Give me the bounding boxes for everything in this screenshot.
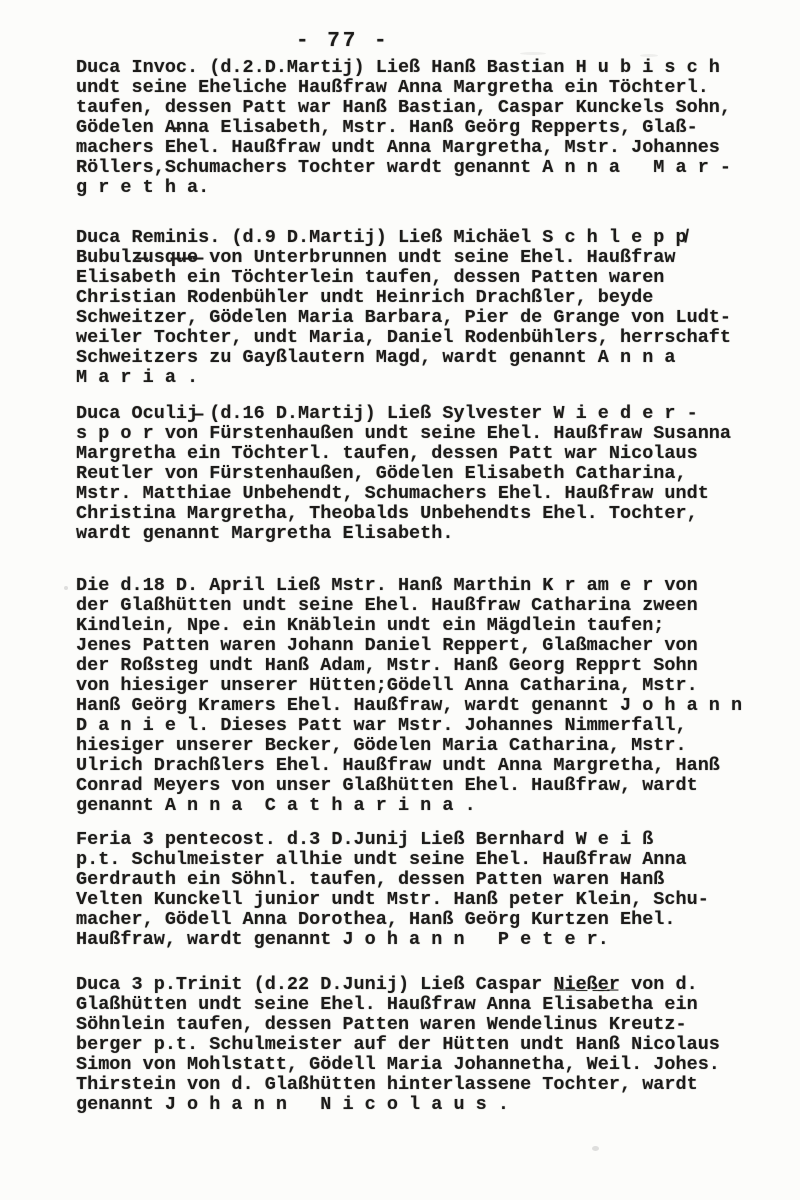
text-line: Haußfraw, wardt genannt J o h a n n P e … [76, 930, 792, 950]
text-line: machers Ehel. Haußfraw undt Anna Margret… [76, 138, 792, 158]
text-line: M a r i a . [76, 368, 792, 388]
scan-speck [520, 52, 546, 55]
text-line: taufen, dessen Patt war Hanß Bastian, Ca… [76, 98, 792, 118]
scanned-register-page: - 77 - Duca Invoc. (d.2.D.Martij) Ließ H… [0, 0, 800, 1200]
text-line: p.t. Schulmeister allhie undt seine Ehel… [76, 850, 792, 870]
baptism-entry: Duca 3 p.Trinit (d.22 D.Junij) Ließ Casp… [76, 975, 792, 1115]
text-line: Feria 3 pentecost. d.3 D.Junij Ließ Bern… [76, 830, 792, 850]
baptism-entry: Duca Reminis. (d.9 D.Martij) Ließ Michäe… [76, 228, 792, 388]
baptism-entry: Duca Oculij̶ (d.16 D.Martij) Ließ Sylves… [76, 404, 792, 544]
text-line: hiesiger unserer Becker, Gödelen Maria C… [76, 736, 792, 756]
text-line: von hiesiger unserer Hütten;Gödell Anna … [76, 676, 792, 696]
text-line: Röllers,Schumachers Tochter wardt genann… [76, 158, 792, 178]
text-line: Kindlein, Npe. ein Knäblein undt ein Mäg… [76, 616, 792, 636]
text-line: undt seine Eheliche Haußfraw Anna Margre… [76, 78, 792, 98]
scan-speck [640, 54, 658, 57]
text-line: Söhnlein taufen, dessen Patten waren Wen… [76, 1015, 792, 1035]
text-line: Schweitzer, Gödelen Maria Barbara, Pier … [76, 308, 792, 328]
text-line: Mstr. Matthiae Unbehendt, Schumachers Eh… [76, 484, 792, 504]
text-line: s p o r von Fürstenhaußen undt seine Ehe… [76, 424, 792, 444]
text-line: Simon von Mohlstatt, Gödell Maria Johann… [76, 1055, 792, 1075]
text-line: Elisabeth ein Töchterlein taufen, dessen… [76, 268, 792, 288]
scan-speck [592, 1146, 599, 1151]
text-line: Thirstein von d. Glaßhütten hinterlassen… [76, 1075, 792, 1095]
text-line: wardt genannt Margretha Elisabeth. [76, 524, 792, 544]
baptism-entry: Feria 3 pentecost. d.3 D.Junij Ließ Bern… [76, 830, 792, 950]
page-number: - 77 - [296, 30, 390, 53]
baptism-entry: Die d.18 D. April Ließ Mstr. Hanß Marthi… [76, 576, 792, 816]
text-line: Hanß Geörg Kramers Ehel. Haußfraw, wardt… [76, 696, 792, 716]
text-line: genannt J o h a n n N i c o l a u s . [76, 1095, 792, 1115]
text-line: Glaßhütten undt seine Ehel. Haußfraw Ann… [76, 995, 792, 1015]
text-line: Gödelen A̶nna Elisabeth, Mstr. Hanß Geör… [76, 118, 792, 138]
text-line: Duca 3 p.Trinit (d.22 D.Junij) Ließ Casp… [76, 975, 792, 995]
text-line: Conrad Meyers von unser Glaßhütten Ehel.… [76, 776, 792, 796]
scan-speck [64, 586, 68, 590]
text-line: berger p.t. Schulmeister auf der Hütten … [76, 1035, 792, 1055]
text-line: Christina Margretha, Theobalds Unbehendt… [76, 504, 792, 524]
text-line: Duca Oculij̶ (d.16 D.Martij) Ließ Sylves… [76, 404, 792, 424]
text-line: der Roßsteg undt Hanß Adam, Mstr. Hanß G… [76, 656, 792, 676]
text-line: Schweitzers zu Gayßlautern Magd, wardt g… [76, 348, 792, 368]
text-line: Velten Kunckell junior undt Mstr. Hanß p… [76, 890, 792, 910]
text-line: der Glaßhütten undt seine Ehel. Haußfraw… [76, 596, 792, 616]
text-line: weiler Tochter, undt Maria, Daniel Roden… [76, 328, 792, 348]
text-line: Ulrich Drachßlers Ehel. Haußfraw undt An… [76, 756, 792, 776]
text-line: Gerdrauth ein Söhnl. taufen, dessen Patt… [76, 870, 792, 890]
text-line: Reutler von Fürstenhaußen, Gödelen Elisa… [76, 464, 792, 484]
text-line: Duca Reminis. (d.9 D.Martij) Ließ Michäe… [76, 228, 792, 248]
text-line: genannt A n n a C a t h a r i n a . [76, 796, 792, 816]
text-line: g r e t h a. [76, 178, 792, 198]
text-line: Bubulz̶usq̶u̶e̶ von Unterbrunnen undt se… [76, 248, 792, 268]
text-line: Christian Rodenbühler undt Heinrich Drac… [76, 288, 792, 308]
text-line: Die d.18 D. April Ließ Mstr. Hanß Marthi… [76, 576, 792, 596]
text-line: Margretha ein Töchterl. taufen, dessen P… [76, 444, 792, 464]
baptism-entry: Duca Invoc. (d.2.D.Martij) Ließ Hanß Bas… [76, 58, 792, 198]
text-line: macher, Gödell Anna Dorothea, Hanß Geörg… [76, 910, 792, 930]
text-line: Duca Invoc. (d.2.D.Martij) Ließ Hanß Bas… [76, 58, 792, 78]
text-line: D a n i e l. Dieses Patt war Mstr. Johan… [76, 716, 792, 736]
text-line: Jenes Patten waren Johann Daniel Reppert… [76, 636, 792, 656]
